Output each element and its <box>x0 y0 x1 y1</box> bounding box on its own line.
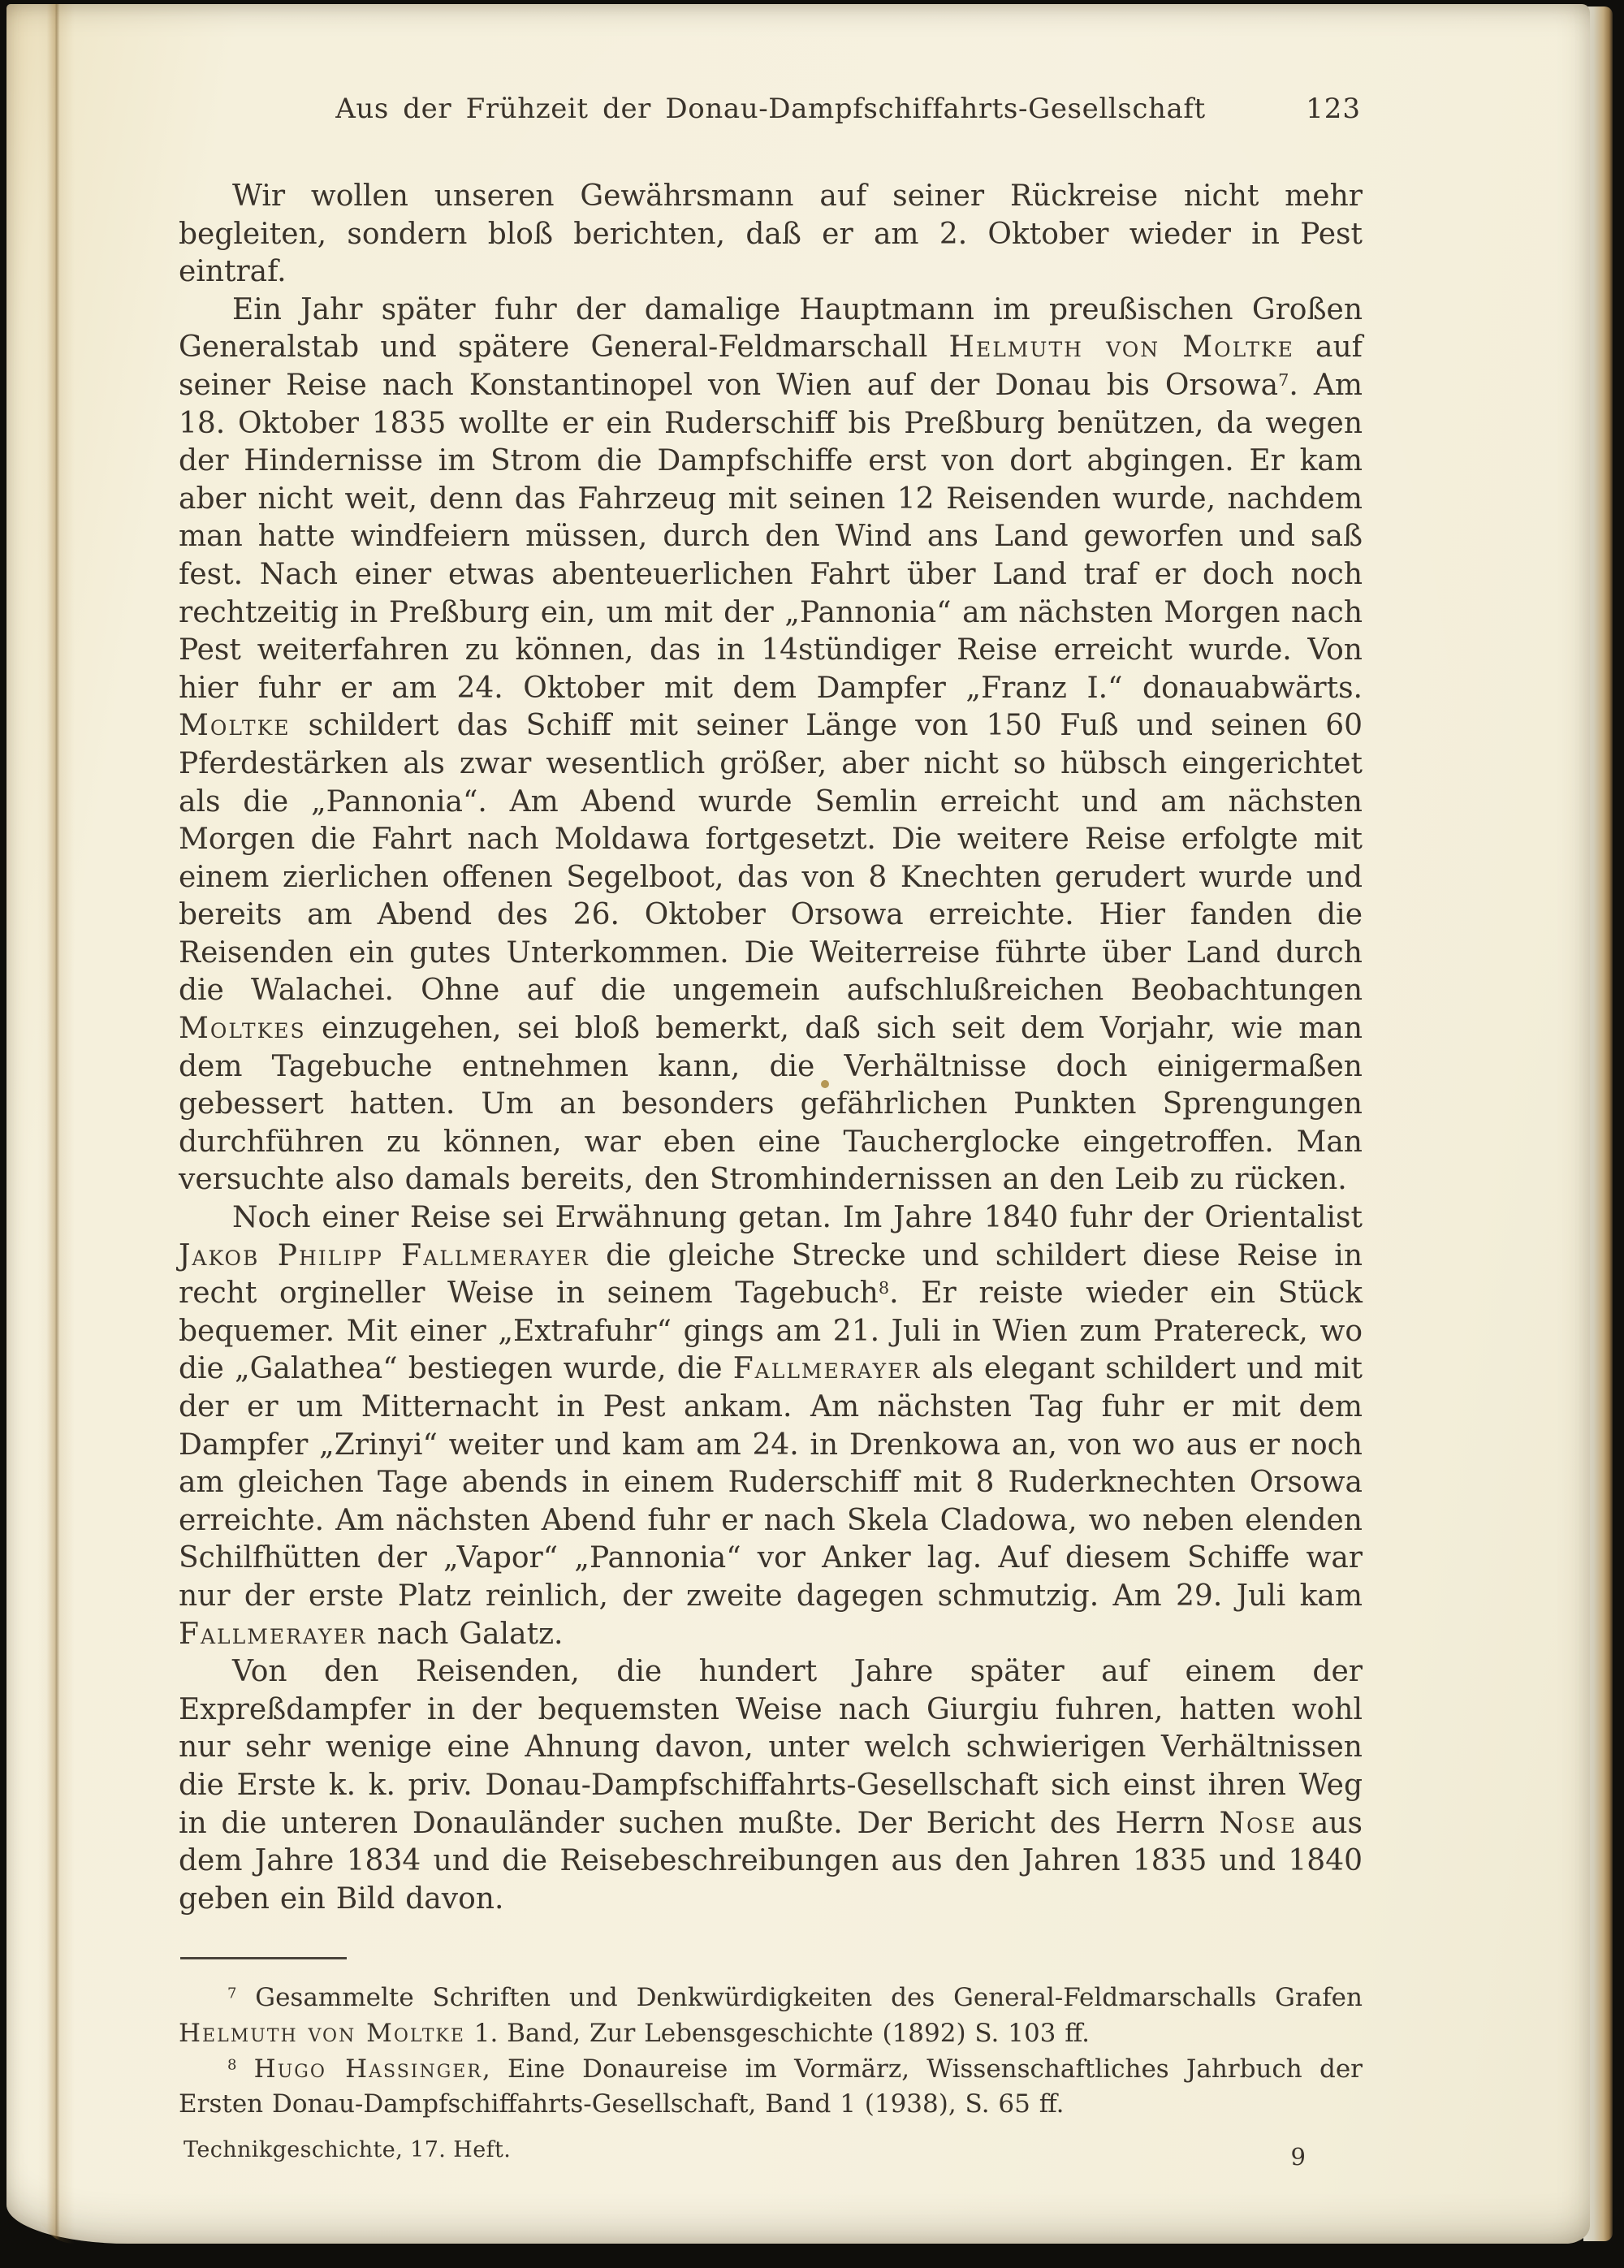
footnote-7: 7 Gesammelte Schriften und Denkwürdigkei… <box>179 1981 1363 2051</box>
paragraph-2: Ein Jahr später fuhr der damalige Hauptm… <box>179 292 1363 1199</box>
binding-crease <box>37 4 75 2244</box>
scanned-book-page: Aus der Frühzeit der Donau-Dampfschiffah… <box>0 0 1624 2268</box>
page-footer: Technikgeschichte, 17. Heft. 9 <box>179 2136 1363 2165</box>
footnote-8: 8 Hugo Hassinger, Eine Donaureise im Vor… <box>179 2052 1363 2123</box>
text-column: Aus der Frühzeit der Donau-Dampfschiffah… <box>179 90 1363 2165</box>
sheet-number: 9 <box>1291 2142 1306 2171</box>
paragraph-1: Wir wollen unseren Gewährsmann auf seine… <box>179 178 1363 292</box>
journal-signature-label: Technikgeschichte, 17. Heft. <box>184 2137 511 2162</box>
footnote-rule <box>180 1957 347 1959</box>
running-header-title: Aus der Frühzeit der Donau-Dampfschiffah… <box>335 93 1206 125</box>
paragraph-4: Von den Reisenden, die hundert Jahre spä… <box>179 1653 1363 1918</box>
book-page: Aus der Frühzeit der Donau-Dampfschiffah… <box>6 4 1590 2244</box>
body-text: Wir wollen unseren Gewährsmann auf seine… <box>179 178 1363 1918</box>
paragraph-3: Noch einer Reise sei Erwähnung getan. Im… <box>179 1199 1363 1653</box>
running-header: Aus der Frühzeit der Donau-Dampfschiffah… <box>179 90 1363 127</box>
page-number: 123 <box>1306 90 1361 127</box>
footnotes: 7 Gesammelte Schriften und Denkwürdigkei… <box>179 1981 1363 2122</box>
